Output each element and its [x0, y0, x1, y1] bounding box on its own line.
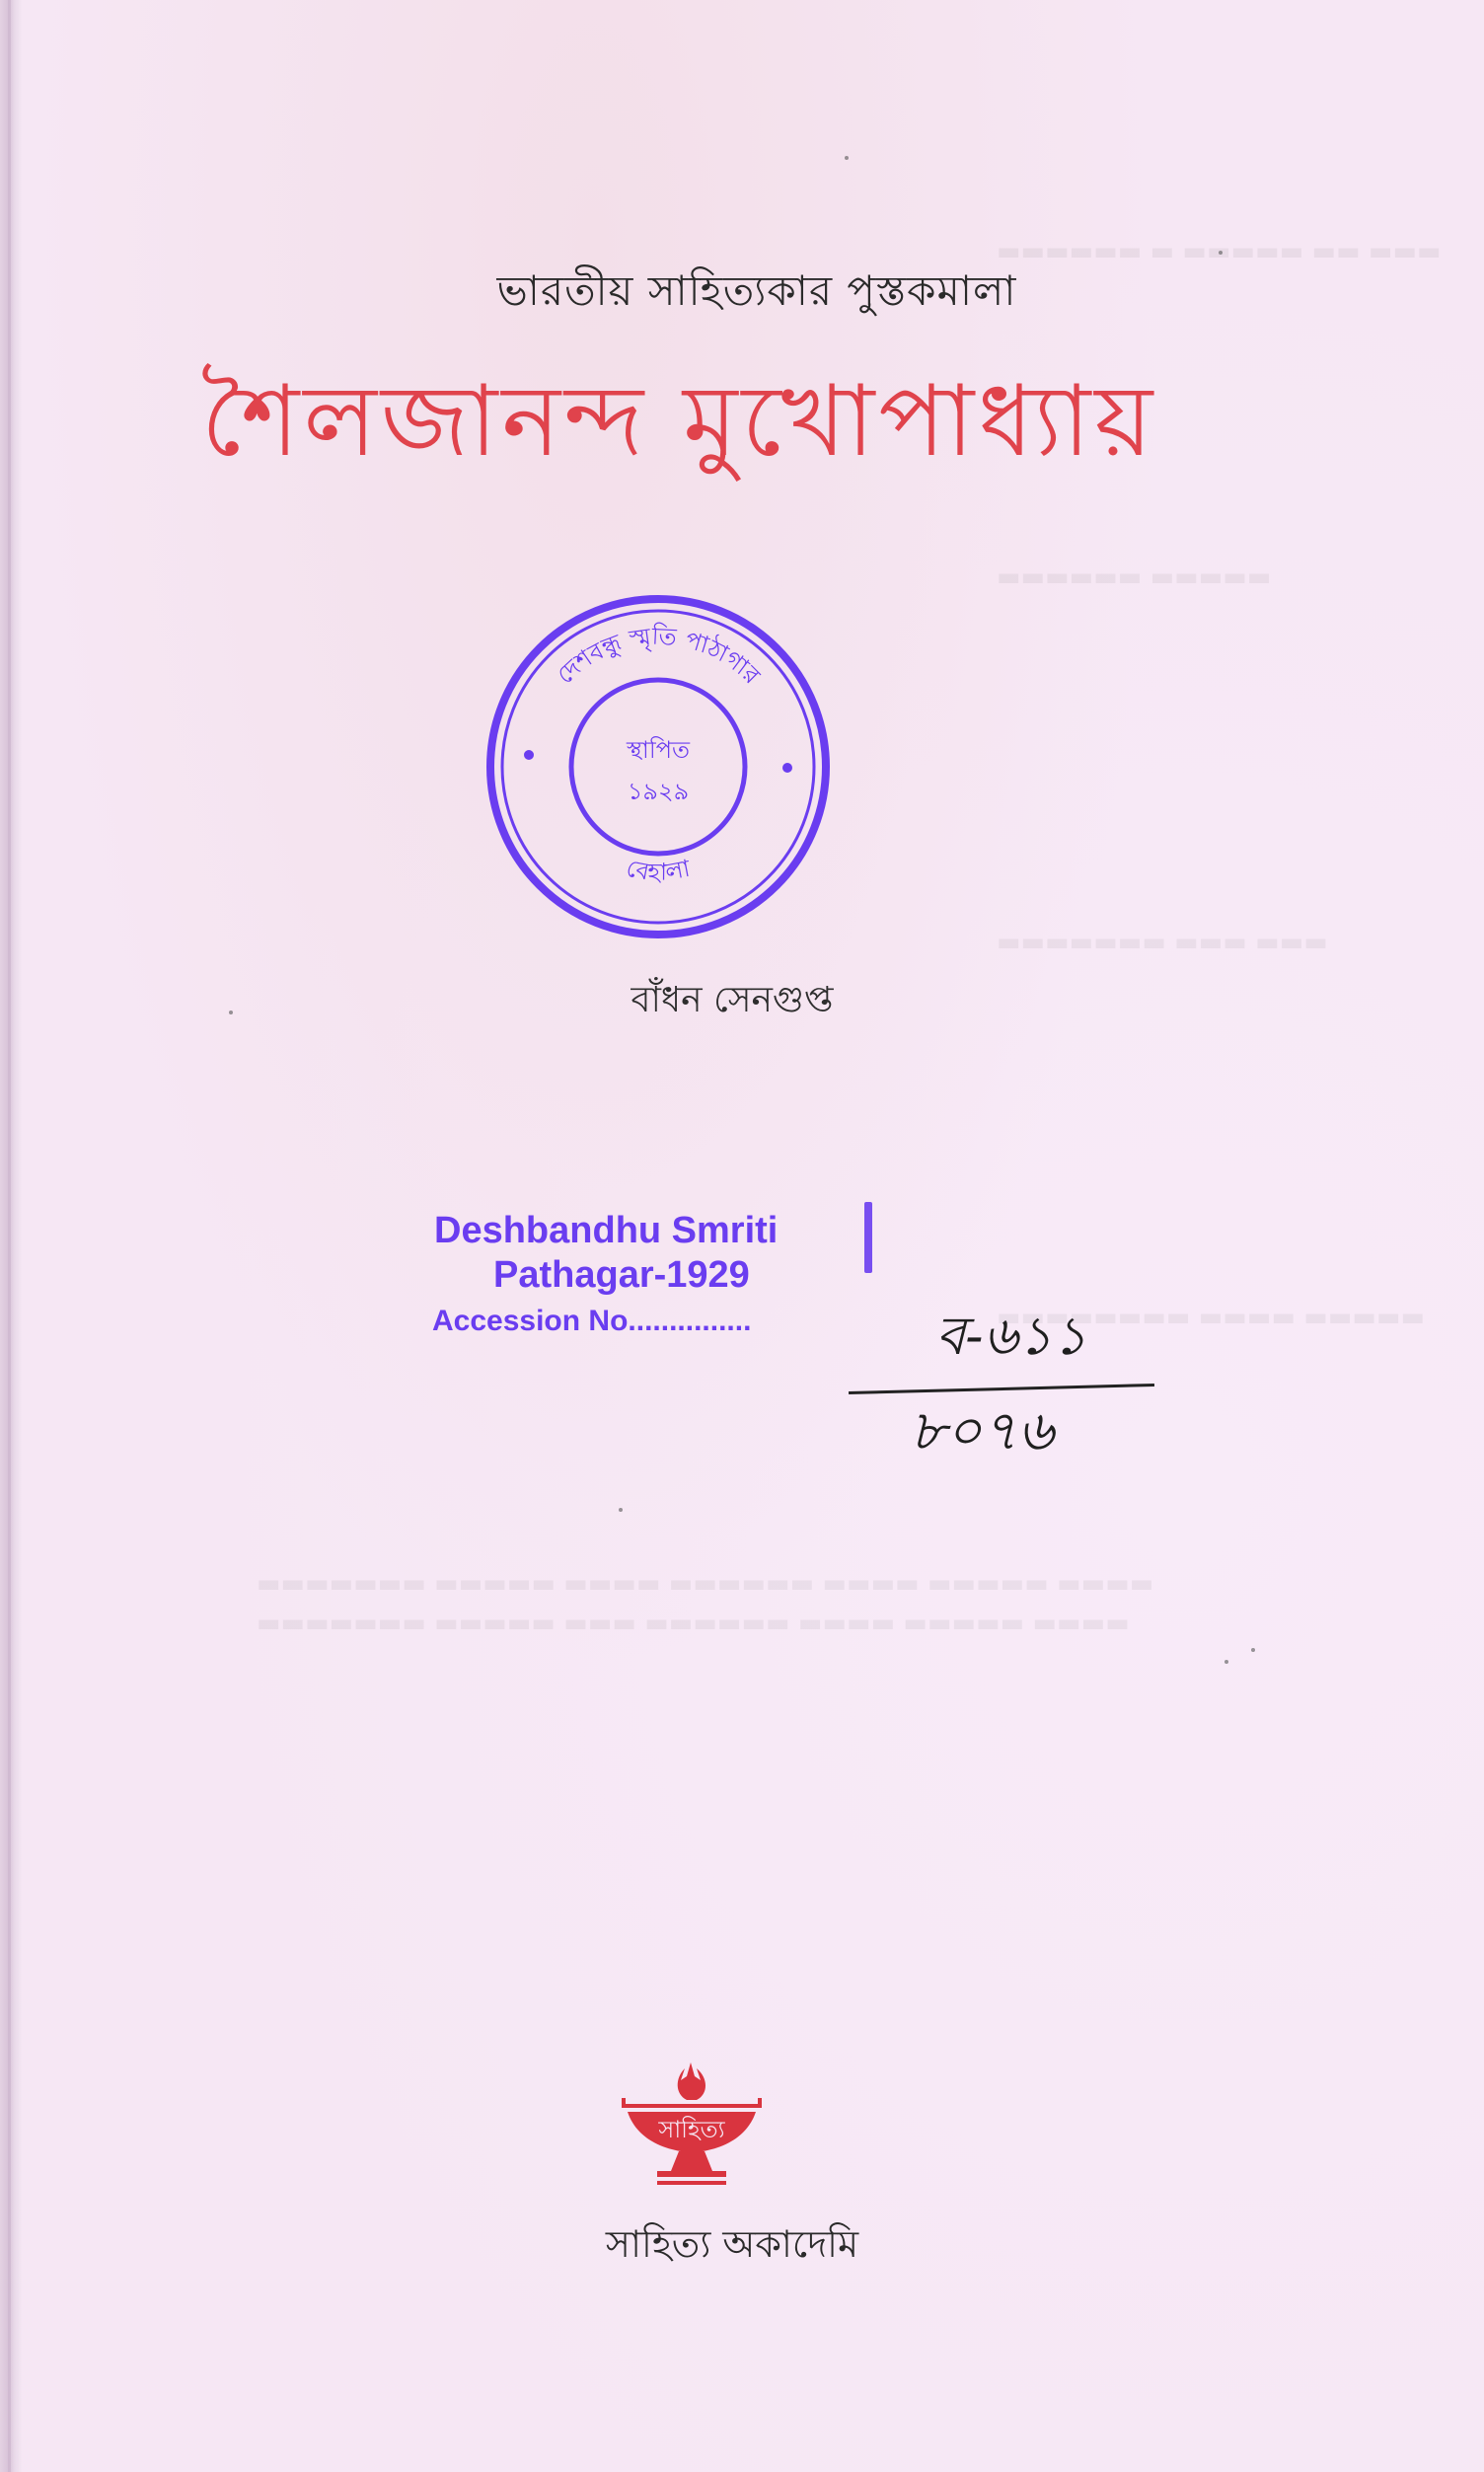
book-title: শৈলজানন্দ মুখোপাধ্যায় — [126, 345, 1231, 510]
library-round-seal: দেশবন্ধু স্মৃতি পাঠাগার বেহালা স্থাপিত ১… — [478, 590, 839, 943]
bleed-through-text: ▬▬▬▬▬ ▬▬▬▬▬▬ — [997, 562, 1271, 592]
bleed-through-text: ▬▬▬ ▬▬▬ ▬▬▬▬▬▬▬ — [997, 928, 1328, 957]
author-name: বাঁধন সেনগুপ্ত — [0, 973, 1484, 1032]
publisher-lamp-logo-icon: সাহিত্য — [618, 2062, 766, 2189]
stamp-line-library-name: Deshbandhu Smriti — [432, 1210, 847, 1252]
binding-crease — [8, 0, 11, 2472]
accession-call-number: ব-৬১১ — [868, 1295, 1154, 1384]
seal-inner-line2: ১৯২৯ — [628, 778, 689, 805]
logo-text: সাহিত্য — [657, 2116, 725, 2143]
library-accession-stamp: Deshbandhu Smriti Pathagar-1929 Accessio… — [432, 1210, 847, 1338]
stamp-line-accession-label: Accession No............... — [432, 1305, 847, 1338]
paper-speck — [229, 1011, 233, 1014]
handwritten-accession-number: ব-৬১১ ৮০৭৬ — [868, 1295, 1154, 1481]
publisher-name: সাহিত্য অকাদেমি — [0, 2215, 1484, 2279]
paper-speck — [1224, 1660, 1228, 1664]
seal-outer-bottom-text: বেহালা — [624, 855, 693, 886]
bleed-through-text: ▬▬▬▬ ▬▬▬▬▬ ▬▬▬▬ ▬▬▬▬▬▬ ▬▬▬ ▬▬▬▬▬ ▬▬▬▬▬▬▬ — [257, 1609, 1130, 1638]
bleed-through-text: ▬▬▬▬ ▬▬▬▬▬ ▬▬▬▬ ▬▬▬▬▬▬ ▬▬▬▬ ▬▬▬▬▬ ▬▬▬▬▬▬… — [257, 1569, 1153, 1599]
page-binding-edge — [0, 0, 22, 2472]
paper-speck — [1251, 1648, 1255, 1652]
stamp-line-pathagar: Pathagar-1929 — [432, 1254, 847, 1297]
paper-speck — [845, 156, 849, 160]
book-title-page: ▬▬▬ ▬▬ ▬▬▬▬▬ ▬ ▬▬▬▬▬▬ ▬▬▬▬▬ ▬▬▬▬▬▬ ▬▬▬ ▬… — [0, 0, 1484, 2472]
paper-speck — [619, 1508, 623, 1512]
paper-speck — [1219, 251, 1223, 255]
stamp-ink-smudge — [864, 1202, 872, 1273]
accession-serial-number: ৮০৭৬ — [868, 1388, 1154, 1481]
seal-inner-line1: স্থাপিত — [626, 736, 691, 764]
series-title: ভারতীয় সাহিত্যকার পুস্তকমালা — [0, 259, 1484, 329]
